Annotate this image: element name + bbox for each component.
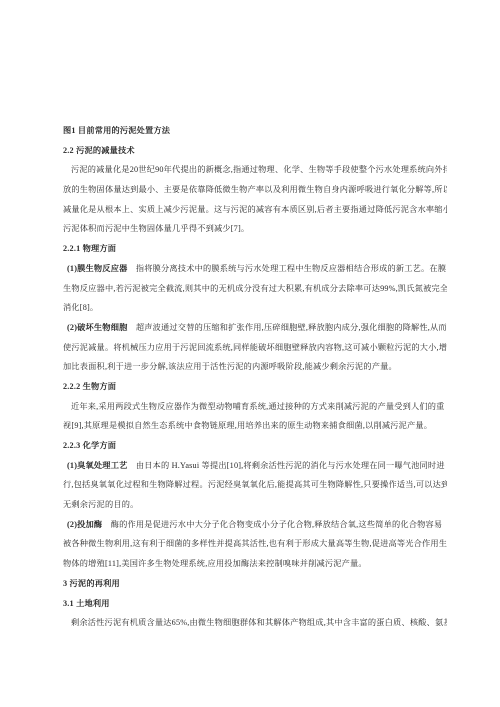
paragraph-text: 由日本的 H.Yasui 等提出[10],将剩余活性污泥的消化与污水处理在同一曝…: [127, 461, 444, 470]
run-in-heading: (2)投加酶: [67, 520, 102, 529]
paragraph-line: 物体的增殖[11],美国许多生物处理系统,应用投加酶法来控制嗅味并削减污泥产量。: [63, 554, 447, 574]
document-text-block: 图1 目前常用的污泥处置方法 2.2 污泥的减量技术 污泥的减量化是20世纪90…: [63, 121, 447, 633]
paragraph-line: 污泥的减量化是20世纪90年代提出的新概念,指通过物理、化学、生物等手段使整个污…: [63, 160, 447, 180]
paragraph-line: (1)膜生物反应器 指将膜分离技术中的膜系统与污水处理工程中生物反应器相结合形成…: [63, 259, 447, 279]
paragraph-text: 酶的作用是促进污水中大分子化合物变成小分子化合物,释放结合氧,这些简单的化合物容…: [102, 520, 442, 529]
paragraph-line: (2)投加酶 酶的作用是促进污水中大分子化合物变成小分子化合物,释放结合氧,这些…: [63, 515, 447, 535]
paragraph-line: 视[9],其原理是模拟自然生态系统中食物链原理,用培养出来的原生动物来捕食细菌,…: [63, 416, 447, 436]
section-heading: 2.2 污泥的减量技术: [63, 141, 447, 161]
run-in-heading: (1)膜生物反应器: [67, 264, 127, 273]
paragraph-line: 减量化是从根本上、实质上减少污泥量。这与污泥的减容有本质区别,后者主要指通过降低…: [63, 200, 447, 220]
section-heading: 2.2.3 化学方面: [63, 436, 447, 456]
paragraph-line: 生物反应器中,若污泥被完全截流,则其中的无机成分没有过大积累,有机成分去除率可达…: [63, 279, 447, 299]
run-in-heading: (1)臭氧处理工艺: [67, 461, 127, 470]
paragraph-line: 污泥体积而污泥中生物固体量几乎得不到减少[7]。: [63, 219, 447, 239]
paragraph-line: 近年来,采用两段式生物反应器作为微型动物哺育系统,通过接种的方式来削减污泥的产量…: [63, 397, 447, 417]
paragraph-line: (1)臭氧处理工艺 由日本的 H.Yasui 等提出[10],将剩余活性污泥的消…: [63, 456, 447, 476]
paragraph-line: 使污泥减量。将机械压力应用于污泥回流系统,同样能破坏细胞壁释放内容物,这可减小颗…: [63, 338, 447, 358]
paragraph-line: 剩余活性污泥有机质含量达65%,由微生物细胞群体和其解体产物组成,其中含丰富的蛋…: [63, 613, 447, 633]
paragraph-line: 消化[8]。: [63, 298, 447, 318]
paragraph-line: (2)破坏生物细胞 超声波通过交替的压缩和扩张作用,压碎细胞壁,释放胞内成分,强…: [63, 318, 447, 338]
paragraph-line: 加比表面积,利于进一步分解,该法应用于活性污泥的内源呼吸阶段,能减少剩余污泥的产…: [63, 357, 447, 377]
section-heading: 2.2.1 物理方面: [63, 239, 447, 259]
document-page: 图1 目前常用的污泥处置方法 2.2 污泥的减量技术 污泥的减量化是20世纪90…: [0, 0, 500, 707]
section-heading: 2.2.2 生物方面: [63, 377, 447, 397]
paragraph-line: 被各种微生物利用,这有利于细菌的多样性并提高其活性,也有利于形成大量高等生物,促…: [63, 534, 447, 554]
section-heading: 3 污泥的再利用: [63, 574, 447, 594]
paragraph-text: 超声波通过交替的压缩和扩张作用,压碎细胞壁,释放胞内成分,强化细胞的降解性,从而: [127, 323, 446, 332]
paragraph-text: 指将膜分离技术中的膜系统与污水处理工程中生物反应器相结合形成的新工艺。在膜: [127, 264, 446, 273]
run-in-heading: (2)破坏生物细胞: [67, 323, 127, 332]
paragraph-line: 放的生物固体量达到最小、主要是依靠降低微生物产率以及利用微生物自身内源呼吸进行氧…: [63, 180, 447, 200]
section-heading: 3.1 土地利用: [63, 594, 447, 614]
figure-caption: 图1 目前常用的污泥处置方法: [63, 121, 447, 141]
paragraph-line: 无剩余污泥的目的。: [63, 495, 447, 515]
paragraph-line: 行,包括臭氧氧化过程和生物降解过程。污泥经臭氧氧化后,能提高其可生物降解性,只要…: [63, 475, 447, 495]
